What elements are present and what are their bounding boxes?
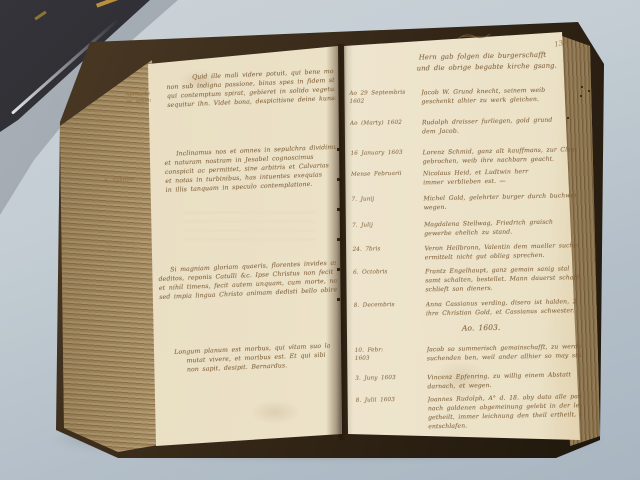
entry-row: 24. 7bris Veron Heilbronn, Valentin dem … (348, 241, 584, 246)
entry-body: Veron Heilbronn, Valentin dem mueller su… (424, 241, 578, 262)
entry-body: Rudolph dreisser furliegen, gold grund d… (422, 115, 576, 136)
entry-line: gebrochen, weib ihre nachbarn geacht. (423, 154, 577, 166)
entry-row: 7. Julij Magdalena Stellwag, Friedrich g… (348, 217, 584, 222)
marginal-note: hernachs zu sehen (126, 91, 151, 105)
entry-date-line: Ao (Marty) 1602 (350, 118, 420, 127)
entry-row: 6. Octobris Frantz Engelhaupt, ganz gema… (349, 264, 585, 269)
entry-date: 7. Julij (352, 220, 422, 229)
entry-line: ihre Christian Gold, et Cassianus schwes… (426, 306, 580, 318)
show-through-text (185, 212, 315, 246)
left-paragraph: Si magniam gloriam quaeris, florentes in… (158, 259, 337, 302)
entry-date: 6. Octobris (353, 267, 423, 276)
entry-row: 8. Julii 1603 Joannes Rudolph, A° d. 18.… (352, 392, 588, 397)
entry-date: 24. 7bris (352, 244, 422, 253)
entry-row: 8. Decembris Anna Cassianus verding, dis… (350, 297, 586, 302)
right-page-text: 133 Hern gab folgen die burgerschafft un… (344, 27, 589, 444)
entry-date: 8. Julii 1603 (356, 395, 426, 404)
entry-body: Lorenz Schmid, ganz alt kauffmans, zur C… (422, 145, 576, 166)
entry-line: dem Jacob. (422, 124, 576, 136)
entry-line: geschenkt alhier zu werk gleichen. (421, 94, 575, 106)
entry-body: Joannes Rudolph, A° d. 18. oby dato alle… (428, 392, 583, 431)
entry-line: gewerbe ehelich zu stand. (424, 226, 578, 238)
entry-row: Ao (Marty) 1602 Rudolph dreisser furlieg… (346, 115, 582, 120)
entry-row: 16 January 1603 Lorenz Schmid, ganz alt … (346, 145, 582, 150)
heading-line: und die obrige begabte kirche gsang. (407, 60, 567, 73)
entry-date: 8. Decembris (354, 300, 424, 309)
entry-row: Mense Februarii Nicolaus Heid, et Ludtwi… (347, 166, 583, 171)
entry-date: Ao 29 Septembris 1602 (349, 88, 419, 105)
entry-body: Vincenz Epfenring, zu willig einem Absta… (427, 370, 581, 391)
entry-date-line: 7. Junij (351, 194, 421, 203)
entry-date: 10. Febr: 1603 (355, 345, 425, 362)
year-divider: Ao. 1603. (426, 322, 536, 333)
entry-line: suchenden ben, weil ander allhier so may… (427, 351, 581, 363)
entry-date: 16 January 1603 (350, 148, 420, 157)
marginal-line: zu sehen (126, 97, 151, 105)
entry-row: 7. Junij Michel Gold, gelehrter burger d… (347, 191, 583, 196)
show-through-text (108, 240, 134, 256)
ink-flourish (456, 31, 492, 42)
entry-date-line: 8. Decembris (354, 300, 424, 309)
left-paragraph: Inclinamus nos et omnes in sepulchra div… (164, 143, 338, 195)
entry-line: entschlafen. (428, 419, 582, 431)
entry-body: Nicolaus Heid, et Ludtwin herr immer ver… (423, 166, 577, 187)
entry-body: Frantz Engelhaupt, ganz gemain sanig sta… (425, 264, 580, 294)
entry-line: immer verblieben est. — (423, 175, 577, 187)
entry-line: wegen. (424, 200, 578, 212)
entry-date-line: 24. 7bris (352, 244, 422, 253)
entry-body: Anna Cassianus verding, disero ist halde… (426, 297, 580, 318)
entry-date: 7. Junij (351, 194, 421, 203)
photo-scene: hernachs zu sehen Quid ille mali videre … (0, 0, 640, 480)
entry-body: Michel Gold, gelehrter burger durch buch… (423, 191, 577, 212)
entry-date: Ao (Marty) 1602 (350, 118, 420, 127)
entry-body: Jacob so summerisch gemainschafft, zu we… (427, 342, 581, 363)
entry-date-line: 6. Octobris (353, 267, 423, 276)
entry-line: schlieft son dieners. (425, 282, 579, 294)
entry-date-line: 16 January 1603 (350, 148, 420, 157)
entry-date-line: 3. Juny 1603 (355, 373, 425, 382)
stain (250, 400, 300, 424)
binding-stitches (337, 148, 340, 328)
entry-row: Ao 29 Septembris 1602 Jacob W. Grund kne… (345, 85, 581, 90)
entry-date-line: 7. Julij (352, 220, 422, 229)
entry-line: darnach, et wegen. (427, 379, 581, 391)
entry-row: 3. Juny 1603 Vincenz Epfenring, zu willi… (351, 370, 587, 375)
left-paragraph: Quid ille mali videre potuit, qui bene m… (166, 67, 335, 110)
ink-speck (588, 90, 590, 92)
entry-date: 3. Juny 1603 (355, 373, 425, 382)
page-number: 133 (554, 38, 569, 48)
entry-date-line: 8. Julii 1603 (356, 395, 426, 404)
entry-row: 10. Febr: 1603 Jacob so summerisch gemai… (351, 342, 587, 347)
entry-date-line: 1603 (355, 353, 425, 362)
entry-date: Mense Februarii (351, 169, 421, 178)
ink-speck (581, 86, 583, 88)
entry-line: ermittelt nicht gut oblieg sprechen. (425, 250, 579, 262)
entry-body: Jacob W. Grund knecht, seinem weib gesch… (421, 85, 575, 106)
entry-body: Magdalena Stellwag, Friedrich graisch ge… (424, 217, 578, 238)
entry-date-line: Mense Februarii (351, 169, 421, 178)
entry-date-line: 1602 (349, 96, 419, 105)
